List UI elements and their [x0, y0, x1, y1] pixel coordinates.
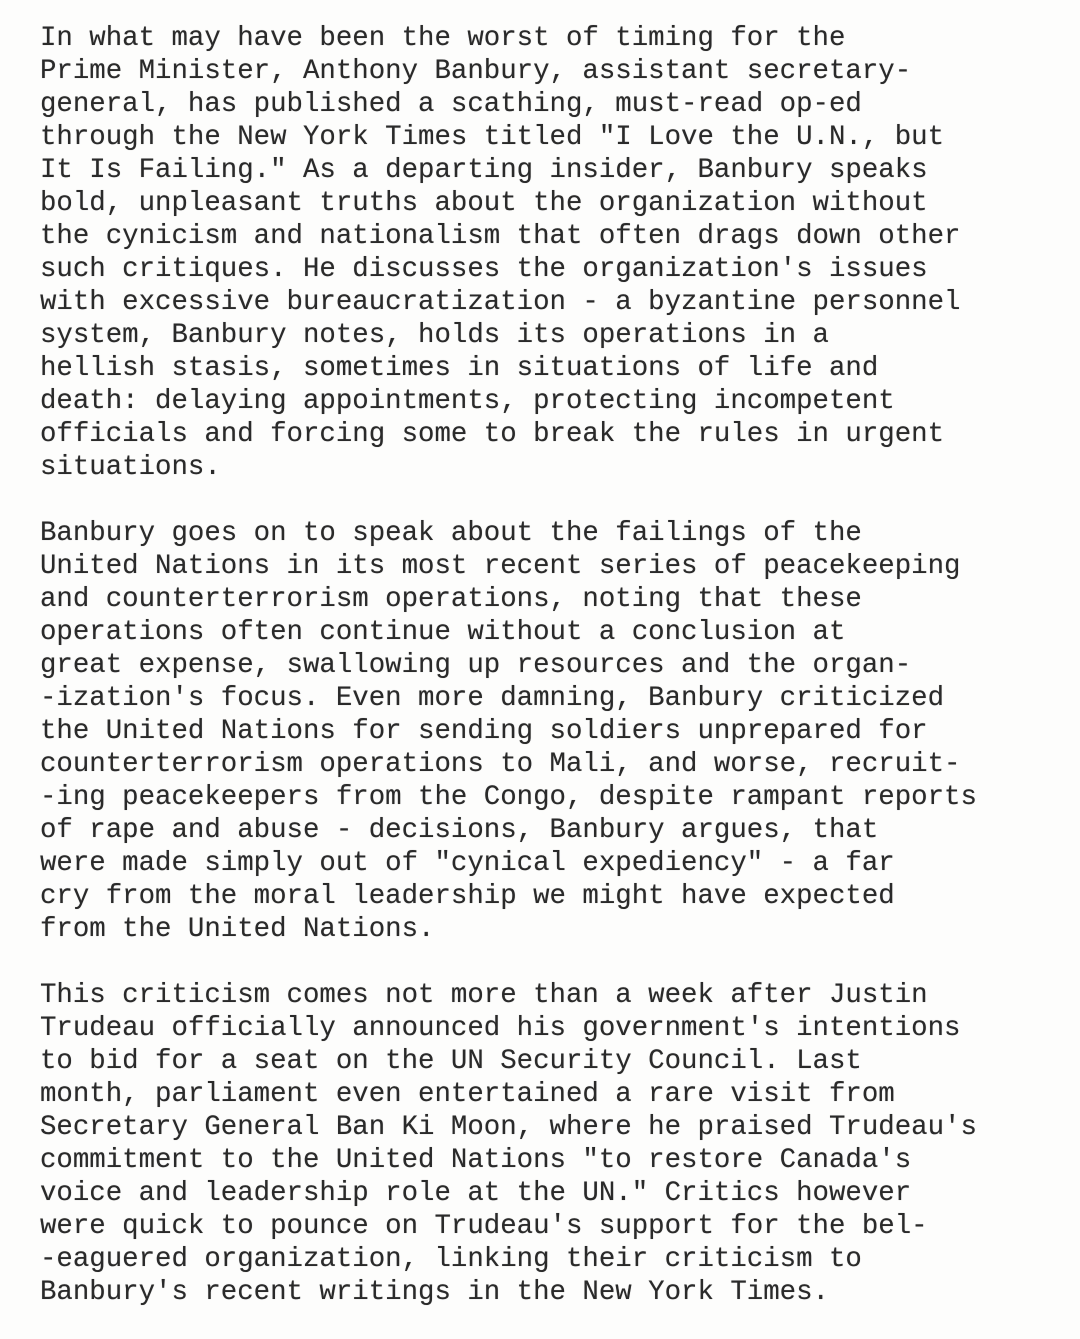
text-line: of rape and abuse - decisions, Banbury a…	[40, 814, 1060, 847]
paragraph-spacer	[40, 484, 1060, 517]
paragraph-2: Banbury goes on to speak about the faili…	[40, 517, 1060, 946]
text-line: through the New York Times titled "I Lov…	[40, 121, 1060, 154]
text-line: hellish stasis, sometimes in situations …	[40, 352, 1060, 385]
text-line: Trudeau officially announced his governm…	[40, 1012, 1060, 1045]
text-line: death: delaying appointments, protecting…	[40, 385, 1060, 418]
text-line: United Nations in its most recent series…	[40, 550, 1060, 583]
text-line: month, parliament even entertained a rar…	[40, 1078, 1060, 1111]
text-line: Secretary General Ban Ki Moon, where he …	[40, 1111, 1060, 1144]
text-line: general, has published a scathing, must-…	[40, 88, 1060, 121]
text-line: bold, unpleasant truths about the organi…	[40, 187, 1060, 220]
text-line: and counterterrorism operations, noting …	[40, 583, 1060, 616]
text-line: In what may have been the worst of timin…	[40, 22, 1060, 55]
text-line: counterterrorism operations to Mali, and…	[40, 748, 1060, 781]
text-line: Prime Minister, Anthony Banbury, assista…	[40, 55, 1060, 88]
text-line: officials and forcing some to break the …	[40, 418, 1060, 451]
text-line: situations.	[40, 451, 1060, 484]
text-line: the cynicism and nationalism that often …	[40, 220, 1060, 253]
text-line: cry from the moral leadership we might h…	[40, 880, 1060, 913]
text-line: -eaguered organization, linking their cr…	[40, 1243, 1060, 1276]
paragraph-spacer	[40, 946, 1060, 979]
text-line: operations often continue without a conc…	[40, 616, 1060, 649]
text-line: voice and leadership role at the UN." Cr…	[40, 1177, 1060, 1210]
text-line: to bid for a seat on the UN Security Cou…	[40, 1045, 1060, 1078]
text-line: were quick to pounce on Trudeau's suppor…	[40, 1210, 1060, 1243]
text-line: from the United Nations.	[40, 913, 1060, 946]
text-line: Banbury's recent writings in the New Yor…	[40, 1276, 1060, 1309]
paragraph-1: In what may have been the worst of timin…	[40, 22, 1060, 484]
text-line: were made simply out of "cynical expedie…	[40, 847, 1060, 880]
text-line: It Is Failing." As a departing insider, …	[40, 154, 1060, 187]
text-line: great expense, swallowing up resources a…	[40, 649, 1060, 682]
text-line: such critiques. He discusses the organiz…	[40, 253, 1060, 286]
paragraph-3: This criticism comes not more than a wee…	[40, 979, 1060, 1309]
text-line: with excessive bureaucratization - a byz…	[40, 286, 1060, 319]
text-line: -ization's focus. Even more damning, Ban…	[40, 682, 1060, 715]
text-line: This criticism comes not more than a wee…	[40, 979, 1060, 1012]
text-line: Banbury goes on to speak about the faili…	[40, 517, 1060, 550]
typewritten-page: In what may have been the worst of timin…	[40, 22, 1060, 1309]
text-line: commitment to the United Nations "to res…	[40, 1144, 1060, 1177]
text-line: -ing peacekeepers from the Congo, despit…	[40, 781, 1060, 814]
text-line: the United Nations for sending soldiers …	[40, 715, 1060, 748]
text-line: system, Banbury notes, holds its operati…	[40, 319, 1060, 352]
